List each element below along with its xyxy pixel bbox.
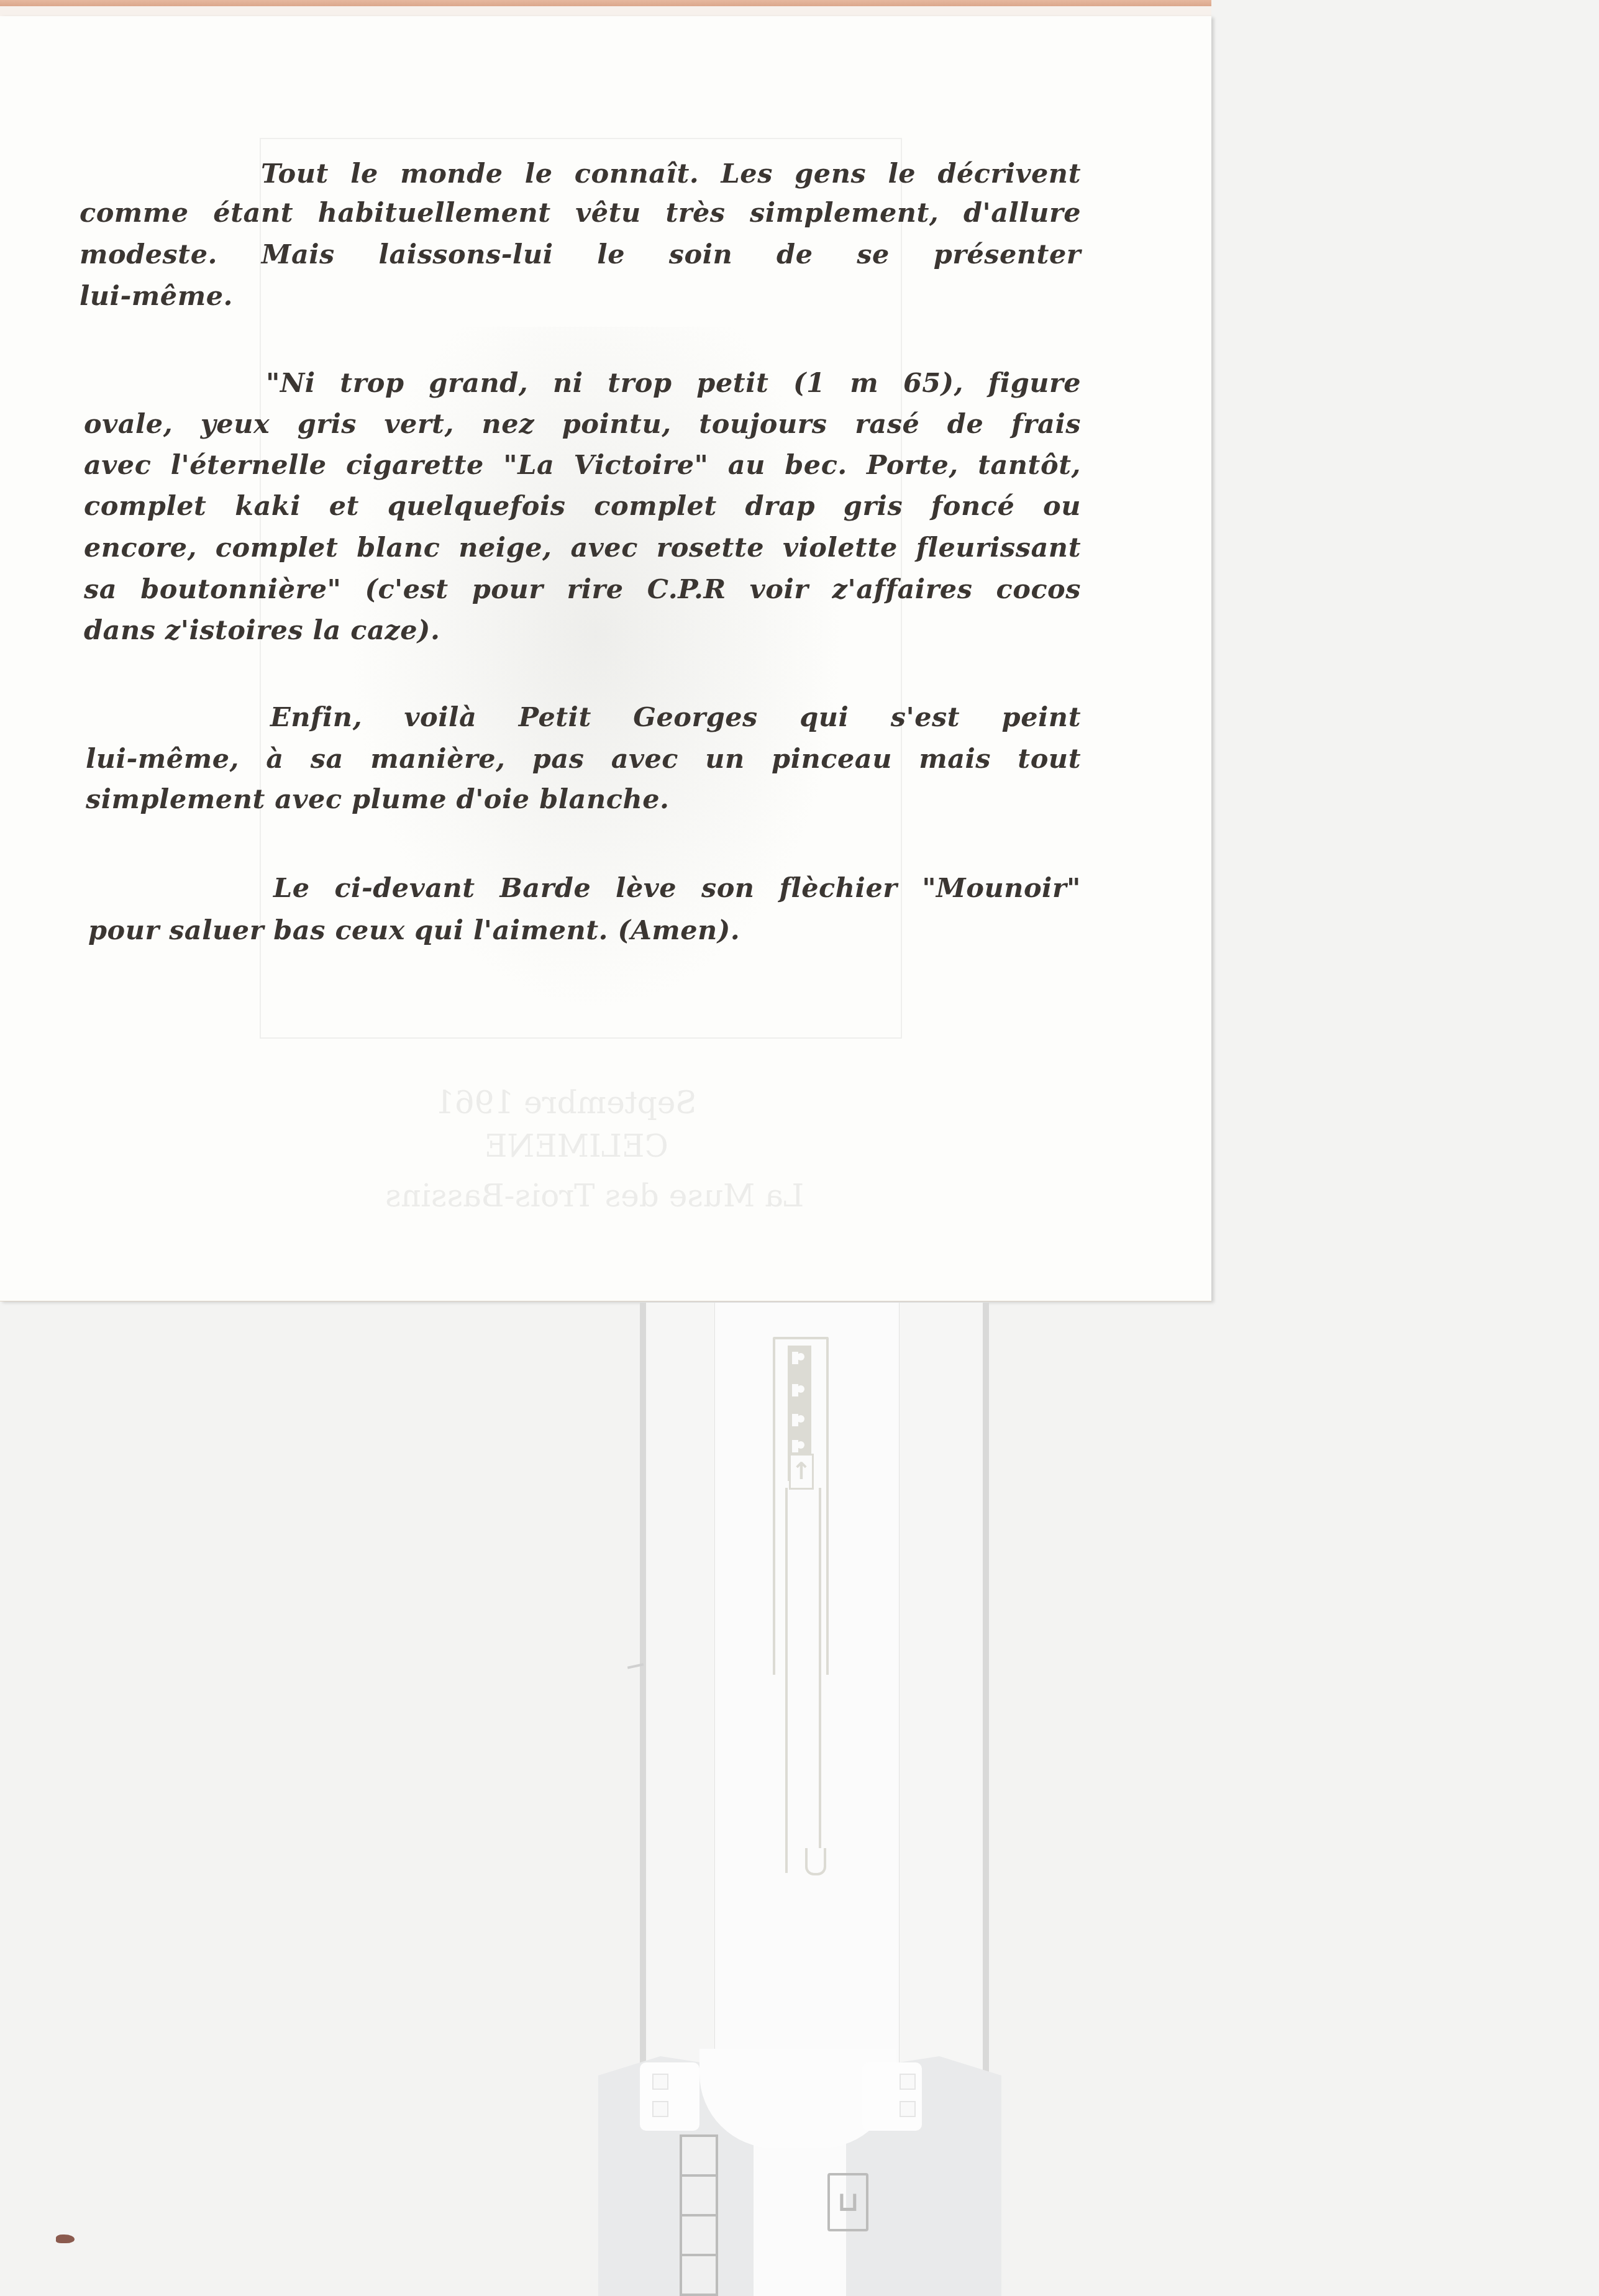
paragraph-2-line: "Ni trop grand, ni trop petit (1 m 65), …: [266, 368, 1081, 399]
film-strip-mode-icon: [680, 2134, 718, 2296]
paragraph-1-line: Tout le monde le connaît. Les gens le dé…: [261, 158, 1081, 189]
paragraph-1-line: lui-même.: [80, 281, 233, 312]
film-frame-icon: [792, 1437, 806, 1455]
clip-tab-left: [640, 2062, 699, 2131]
paragraph-3-line: simplement avec plume d'oie blanche.: [86, 784, 669, 815]
film-frame-icon: [792, 1349, 806, 1367]
paragraph-3-line: lui-même, à sa manière, pas avec un pinc…: [86, 744, 1081, 775]
paragraph-1-line: comme étant habituellement vêtu très sim…: [80, 198, 1081, 229]
paragraph-2-line: sa boutonnière" (c'est pour rire C.P.R v…: [84, 574, 1081, 605]
paragraph-4-line: pour saluer bas ceux qui l'aiment. (Amen…: [88, 915, 740, 946]
clip-square: [900, 2074, 916, 2090]
clip-square: [652, 2074, 668, 2090]
dust-speck: [56, 2234, 75, 2243]
paragraph-3-line: Enfin, voilà Petit Georges qui s'est pei…: [270, 702, 1081, 733]
paragraph-1-line: modeste. Mais laissons-lui le soin de se…: [80, 239, 1081, 270]
paragraph-2-line: dans z'istoires la caze).: [84, 615, 440, 646]
paragraph-2-line: complet kaki et quelquefois complet drap…: [84, 491, 1081, 522]
bleed-through-caption: Septembre 1961: [435, 1085, 697, 1121]
insert-direction-arrow-icon: ↑: [789, 1454, 814, 1490]
slide-mode-icon: ⊔: [827, 2173, 868, 2231]
film-strip-guide: [785, 1488, 821, 1873]
clip-square: [652, 2101, 668, 2117]
paragraph-2-line: encore, complet blanc neige, avec rosett…: [84, 532, 1081, 563]
cover-edge: [0, 0, 1211, 6]
paragraph-2-line: avec l'éternelle cigarette "La Victoire"…: [84, 450, 1081, 481]
paragraph-2-line: ovale, yeux gris vert, nez pointu, toujo…: [84, 409, 1081, 440]
clip-tab-right: [862, 2062, 922, 2131]
film-frame-icon: [792, 1411, 806, 1429]
paragraph-4-line: Le ci-devant Barde lève son flèchier "Mo…: [273, 873, 1081, 904]
film-frame-icon: [792, 1382, 806, 1399]
clip-square: [900, 2101, 916, 2117]
bleed-through-caption: CELIMENE: [485, 1128, 668, 1164]
film-strip-tab: [805, 1848, 826, 1875]
bleed-through-caption: La Muse des Trois-Bassins: [385, 1178, 804, 1214]
